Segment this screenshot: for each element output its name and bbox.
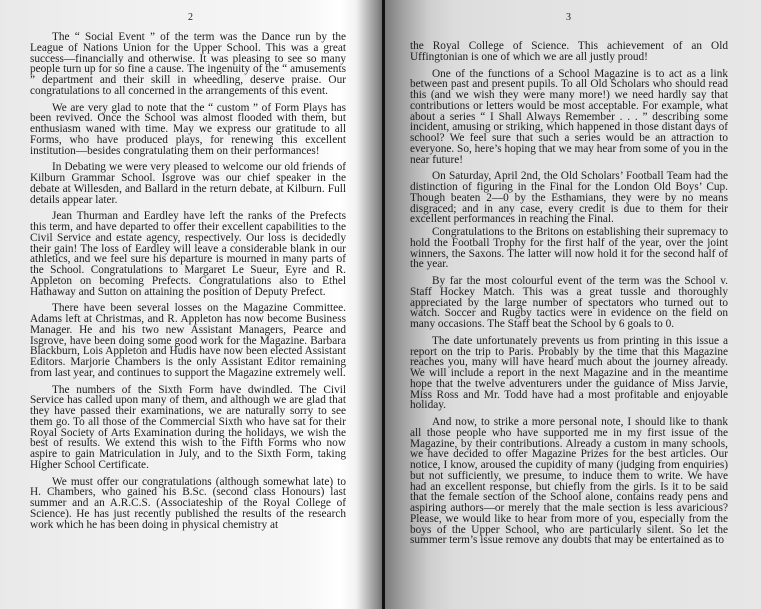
paragraph-prefects: Jean Thurman and Eardley have left the r… xyxy=(30,211,346,297)
paragraph-sixth-form: The numbers of the Sixth Form have dwind… xyxy=(30,385,346,471)
paragraph-britons: Congratulations to the Britons on establ… xyxy=(410,227,728,270)
paragraph-hockey-match: By far the most colourful event of the t… xyxy=(410,276,728,330)
paragraph-paris-trip: The date unfortunately prevents us from … xyxy=(410,336,728,411)
page-number-left: 2 xyxy=(188,12,193,23)
paragraph-royal-college: the Royal College of Science. This achie… xyxy=(410,41,728,63)
paragraph-personal-note: And now, to strike a more personal note,… xyxy=(410,417,728,546)
paragraph-old-scholars: One of the functions of a School Magazin… xyxy=(410,69,728,166)
paragraph-debating: In Debating we were very pleased to welc… xyxy=(30,162,346,205)
page-number-right: 3 xyxy=(566,12,571,23)
paragraph-form-plays: We are very glad to note that the “ cust… xyxy=(30,103,346,157)
paragraph-magazine-committee: There have been several losses on the Ma… xyxy=(30,303,346,378)
left-page-text: The “ Social Event ” of the term was the… xyxy=(30,32,346,530)
left-page: 2 The “ Social Event ” of the term was t… xyxy=(0,0,383,609)
paragraph-social-event: The “ Social Event ” of the term was the… xyxy=(30,32,346,97)
paragraph-chambers: We must offer our congratulations (altho… xyxy=(30,477,346,531)
magazine-spread: 2 The “ Social Event ” of the term was t… xyxy=(0,0,761,609)
right-page-text: the Royal College of Science. This achie… xyxy=(410,41,728,546)
paragraph-football-final: On Saturday, April 2nd, the Old Scholars… xyxy=(410,171,728,225)
